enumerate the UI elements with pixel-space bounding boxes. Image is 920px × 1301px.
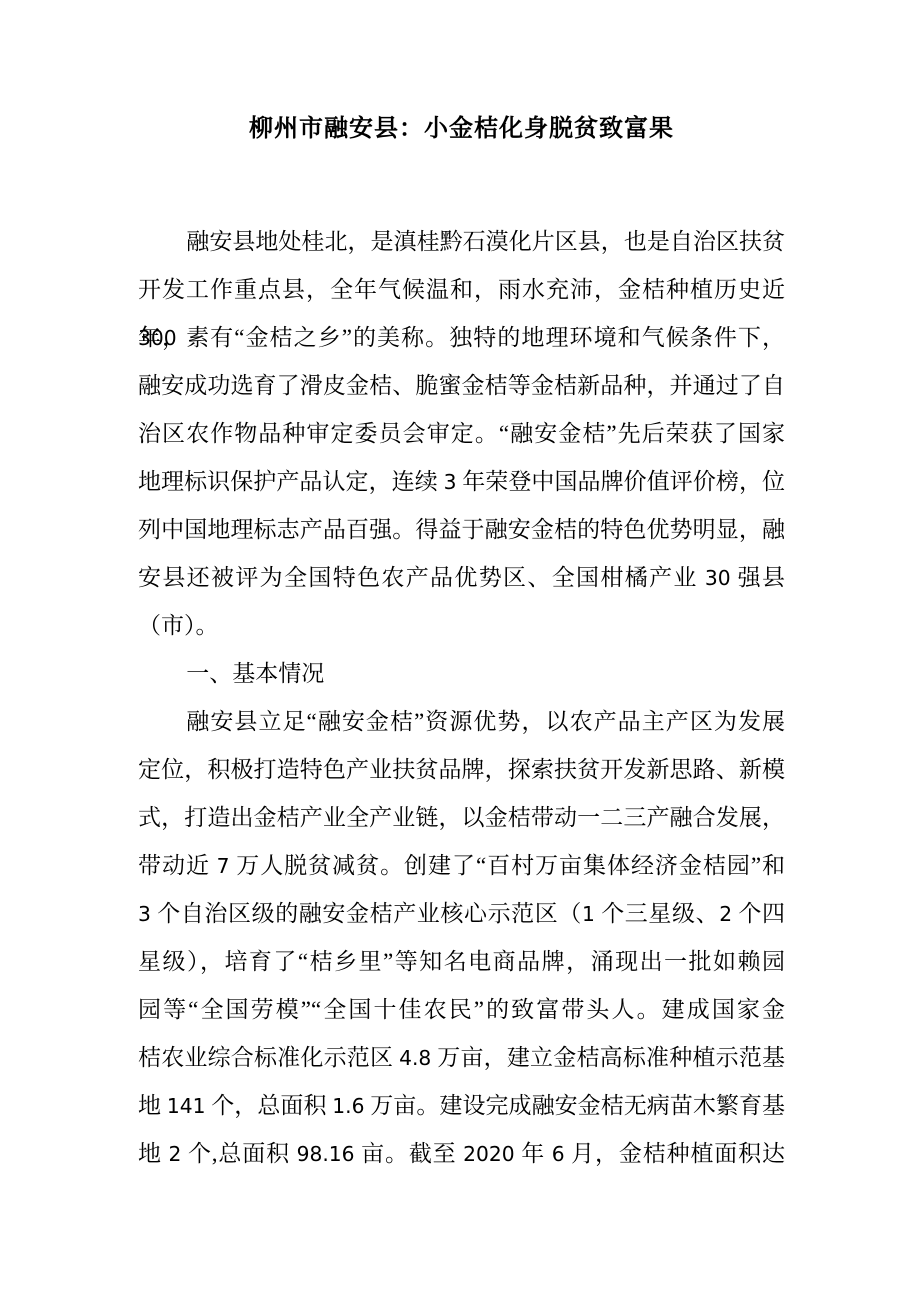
text-line: 融安成功选育了滑皮金桔、脆蜜金桔等金桔新品种，并通过了自 (138, 362, 785, 410)
text-line: 年，素有“金桔之乡”的美称。独特的地理环境和气候条件下， (138, 314, 785, 362)
text-line: 融安县地处桂北，是滇桂黔石漠化片区县，也是自治区扶贫 (138, 218, 785, 266)
text-line: 列中国地理标志产品百强。得益于融安金桔的特色优势明显，融 (138, 506, 785, 554)
text-line: 治区农作物品种审定委员会审定。“融安金桔”先后荣获了国家 (138, 410, 785, 458)
numeric-text: 30 (705, 566, 731, 590)
document-page: 柳州市融安县：小金桔化身脱贫致富果 融安县地处桂北，是滇桂黔石漠化片区县，也是自… (0, 0, 920, 1301)
numeric-text: 6 (552, 1142, 565, 1166)
text-line: 地理标识保护产品认定，连续 3 年荣登中国品牌价值评价榜，位 (138, 458, 785, 506)
numeric-text: 4.8 (399, 1046, 431, 1070)
numeric-text: 2 (168, 1142, 181, 1166)
numeric-text: 2 (719, 902, 732, 926)
numeric-text: 98.16 (297, 1142, 355, 1166)
numeric-text: 1.6 (332, 1094, 364, 1118)
text-line: 桔农业综合标准化示范区 4.8 万亩，建立金桔高标准种植示范基 (138, 1034, 785, 1082)
numeric-text: 3 (444, 470, 457, 494)
text-line: 3 个自治区级的融安金桔产业核心示范区（1 个三星级、2 个四 (138, 890, 785, 938)
text-line: 地 2 个,总面积 98.16 亩。截至 2020 年 6 月，金桔种植面积达 (138, 1130, 785, 1178)
numeric-text: 2020 (463, 1142, 515, 1166)
numeric-text: 7 (217, 854, 230, 878)
text-line: 定位，积极打造特色产业扶贫品牌，探索扶贫开发新思路、新模 (138, 746, 785, 794)
text-line: 安县还被评为全国特色农产品优势区、全国柑橘产业 30 强县 (138, 554, 785, 602)
numeric-text: 3 (138, 902, 151, 926)
text-line: 园等“全国劳模”“全国十佳农民”的致富带头人。建成国家金 (138, 986, 785, 1034)
numeric-text: 141 (167, 1094, 206, 1118)
text-line: 开发工作重点县，全年气候温和，雨水充沛，金桔种植历史近 300 (138, 266, 785, 314)
text-line: 式，打造出金桔产业全产业链，以金桔带动一二三产融合发展， (138, 794, 785, 842)
document-body: 融安县地处桂北，是滇桂黔石漠化片区县，也是自治区扶贫开发工作重点县，全年气候温和… (138, 218, 785, 1178)
numeric-text: 1 (582, 902, 595, 926)
text-line: 带动近 7 万人脱贫减贫。创建了“百村万亩集体经济金桔园”和 (138, 842, 785, 890)
paragraph: 融安县立足“融安金桔”资源优势，以农产品主产区为发展定位，积极打造特色产业扶贫品… (138, 698, 785, 1178)
text-line: 地 141 个，总面积 1.6 万亩。建设完成融安金桔无病苗木繁育基 (138, 1082, 785, 1130)
text-line: （市）。 (138, 602, 785, 650)
text-line: 融安县立足“融安金桔”资源优势，以农产品主产区为发展 (138, 698, 785, 746)
section-heading: 一、基本情况 (138, 650, 785, 698)
paragraph: 融安县地处桂北，是滇桂黔石漠化片区县，也是自治区扶贫开发工作重点县，全年气候温和… (138, 218, 785, 650)
text-line: 星级），培育了“桔乡里”等知名电商品牌，涌现出一批如赖园 (138, 938, 785, 986)
document-title: 柳州市融安县：小金桔化身脱贫致富果 (138, 105, 785, 153)
